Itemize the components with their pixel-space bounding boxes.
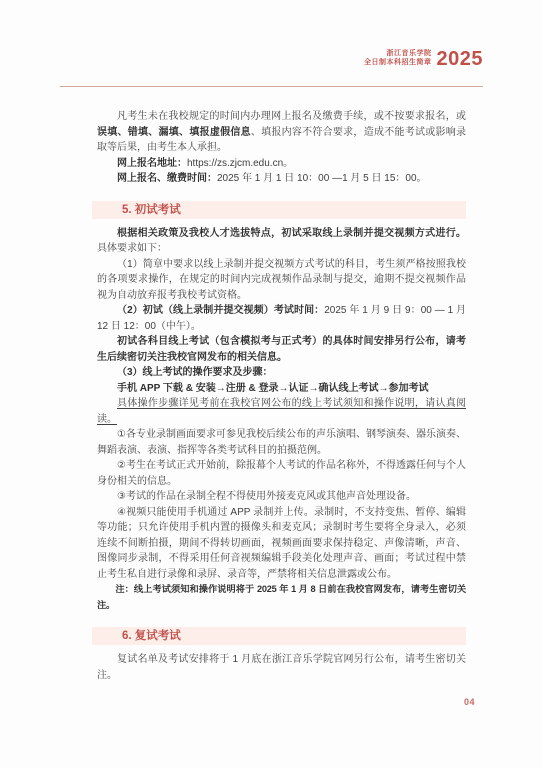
section-6-heading-label: 6. 复试考试 [122,630,181,642]
para-note-2: ②考生在考试正式开始前，除报幕个人考试的作品名称外，不得透露任何与个人身份相关的… [97,458,466,489]
para-note-3: ③考试的作品在录制全程不得使用外接麦克风或其他声音处理设备。 [97,489,466,505]
para-registration-time: 网上报名、缴费时间：2025 年 1 月 1 日 10：00 —1 月 5 日 … [97,171,466,187]
section-6-body: 复试名单及考试安排将于 1 月底在浙江音乐学院官网另行公布，请考生密切关注。 [97,652,466,683]
brochure-title: 全日制本科招生简章 [364,58,432,67]
section-5-body: 根据相关政策及我校人才选拔特点，初试采取线上录制并提交视频方式进行。具体要求如下… [97,226,466,614]
section-5-heading-label: 5. 初试考试 [122,204,181,216]
document-body: 凡考生未在我校规定的时间内办理网上报名及缴费手续，或不按要求报名，或误填、错填、… [97,109,466,683]
document-page: 浙江音乐学院 全日制本科招生简章 2025 凡考生未在我校规定的时间内办理网上报… [0,0,543,768]
para-item-3: （3）线上考试的操作要求及步骤： [97,365,466,381]
para-note-final: 注：线上考试须知和操作说明将于 2025 年 1 月 8 日前在我校官网发布，请… [97,582,466,613]
section-5-heading: 5. 初试考试 [92,201,466,219]
para-schedule-notice: 初试各科目线上考试（包含模拟考与正式考）的具体时间安排另行公布，请考生后续密切关… [97,334,466,365]
para-steps-detail: 具体操作步骤详见考前在我校官网公布的线上考试须知和操作说明，请认真阅读。 [97,396,466,427]
page-header: 浙江音乐学院 全日制本科招生简章 2025 [364,49,483,69]
header-rule [60,86,483,87]
section-6-heading: 6. 复试考试 [92,627,466,645]
para-policy: 根据相关政策及我校人才选拔特点，初试采取线上录制并提交视频方式进行。具体要求如下… [97,226,466,257]
para-note-4: ④视频只能使用手机通过 APP 录制并上传。录制时，不支持变焦、暂停、编辑等功能… [97,505,466,583]
school-name: 浙江音乐学院 [364,49,432,58]
para-registration-warning: 凡考生未在我校规定的时间内办理网上报名及缴费手续，或不按要求报名，或误填、错填、… [97,109,466,156]
header-titles: 浙江音乐学院 全日制本科招生简章 [364,49,432,69]
para-note-1: ①各专业录制画面要求可参见我校后续公布的声乐演唱、钢琴演奏、器乐演奏、舞蹈表演、… [97,427,466,458]
year-label: 2025 [437,49,484,69]
registration-url: https://zs.zjcm.edu.cn。 [187,158,293,169]
intro-section: 凡考生未在我校规定的时间内办理网上报名及缴费手续，或不按要求报名，或误填、错填、… [97,109,466,187]
page-number: 04 [464,697,475,707]
para-registration-url: 网上报名地址：https://zs.zjcm.edu.cn。 [97,156,466,172]
para-item-1: （1）简章中要求以线上录制并提交视频方式考试的科目，考生须严格按照我校的各项要求… [97,257,466,304]
para-app-steps: 手机 APP 下载 & 安装→注册 & 登录→认证→确认线上考试→参加考试 [97,381,466,397]
para-item-2: （2）初试（线上录制并提交视频）考试时间：2025 年 1 月 9 日 9：00… [97,303,466,334]
para-retest-notice: 复试名单及考试安排将于 1 月底在浙江音乐学院官网另行公布，请考生密切关注。 [97,652,466,683]
